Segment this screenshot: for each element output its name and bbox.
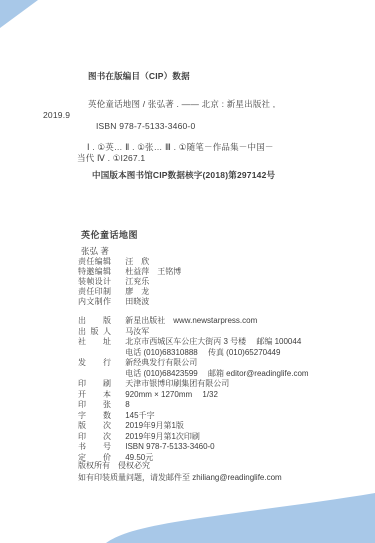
publishing-value: 北京市西城区车公庄大街丙 3 号楼 邮编 100044	[125, 337, 301, 348]
credit-value: 田晓波	[125, 297, 149, 307]
credit-value: 汪 欣	[125, 257, 149, 267]
publishing-label: 出版人	[78, 327, 111, 338]
publishing-row: 社址 北京市西城区车公庄大街丙 3 号楼 邮编 100044	[78, 337, 309, 348]
colophon-page: 图书在版编目（CIP）数据 英伦童话地图 / 张弘著 . —— 北京 : 新星出…	[0, 0, 375, 543]
publishing-label: 印次	[78, 432, 111, 443]
publishing-value: 8	[125, 400, 129, 411]
cip-heading: 图书在版编目（CIP）数据	[88, 71, 190, 81]
quality-contact-line: 如有印装质量问题，请发邮件至 zhiliang@readinglife.com	[78, 472, 282, 484]
publishing-value: 电话 (010)68310888 传真 (010)65270449	[125, 348, 280, 359]
credit-row: 装帧设计 江兖乐	[78, 277, 181, 287]
publishing-row: 版次 2019年9月第1版	[78, 421, 309, 432]
publishing-value: 920mm × 1270mm 1/32	[125, 390, 218, 401]
credit-value: 杜益萍 王铭博	[125, 267, 181, 277]
cip-title-line: 英伦童话地图 / 张弘著 . —— 北京 : 新星出版社 ,	[88, 99, 275, 109]
publishing-value: 马汝军	[125, 327, 149, 338]
credit-value: 廖 龙	[125, 287, 149, 297]
publishing-label: 社址	[78, 337, 111, 348]
publishing-label: 字数	[78, 411, 111, 422]
publishing-label: 发行	[78, 358, 111, 369]
credit-row: 特邀编辑 杜益萍 王铭博	[78, 267, 181, 277]
publishing-value: 新经典发行有限公司	[125, 358, 197, 369]
credit-label: 责任印制	[78, 287, 111, 297]
cip-classification-line: Ⅰ . ①英… Ⅱ . ①张… Ⅲ . ①随笔－作品集－中国－	[87, 142, 274, 152]
credit-label: 内文制作	[78, 297, 111, 307]
publishing-value: ISBN 978-7-5133-3460-0	[125, 442, 214, 453]
publishing-label: 出版	[78, 316, 111, 327]
publishing-label: 书号	[78, 442, 111, 453]
credit-label: 责任编辑	[78, 257, 111, 267]
cip-record-number: 中国版本图书馆CIP数据核字(2018)第297142号	[92, 170, 275, 180]
wave-decoration	[106, 493, 375, 543]
credit-label: 特邀编辑	[78, 267, 111, 277]
credits-block: 责任编辑 汪 欣 特邀编辑 杜益萍 王铭博 装帧设计 江兖乐 责任印制 廖 龙 …	[78, 257, 181, 307]
publishing-row: 印张 8	[78, 400, 309, 411]
publishing-value: 新星出版社 www.newstarpress.com	[125, 316, 257, 327]
credit-row: 责任印制 廖 龙	[78, 287, 181, 297]
publishing-label: 印张	[78, 400, 111, 411]
publishing-row: 书号 ISBN 978-7-5133-3460-0	[78, 442, 309, 453]
book-title-block: 英伦童话地图 张弘 著	[81, 228, 138, 257]
publishing-value: 2019年9月第1版	[125, 421, 184, 432]
publishing-block: 出版 新星出版社 www.newstarpress.com 出版人 马汝军 社址…	[78, 316, 309, 463]
publishing-row: 出版 新星出版社 www.newstarpress.com	[78, 316, 309, 327]
publishing-label: 版次	[78, 421, 111, 432]
credit-row: 责任编辑 汪 欣	[78, 257, 181, 267]
publishing-value: 2019年9月第1次印刷	[125, 432, 200, 443]
corner-triangle-decoration	[0, 0, 38, 28]
cip-title-line-continuation: 2019.9	[43, 110, 70, 120]
credit-value: 江兖乐	[125, 277, 149, 287]
cip-classification-continuation: 当代 Ⅳ . ①I267.1	[77, 153, 145, 163]
publishing-row: 开本 920mm × 1270mm 1/32	[78, 390, 309, 401]
publishing-row: 出版人 马汝军	[78, 327, 309, 338]
publishing-value: 145千字	[125, 411, 154, 422]
credit-row: 内文制作 田晓波	[78, 297, 181, 307]
publishing-row: 印刷 天津市银博印刷集团有限公司	[78, 379, 309, 390]
publishing-label: 开本	[78, 390, 111, 401]
publishing-row: 电话 (010)68310888 传真 (010)65270449	[78, 348, 309, 359]
book-title: 英伦童话地图	[81, 228, 138, 241]
publishing-row: 字数 145千字	[78, 411, 309, 422]
publishing-row: 电话 (010)68423599 邮箱 editor@readinglife.c…	[78, 369, 309, 380]
publishing-label: 印刷	[78, 379, 111, 390]
publishing-value: 天津市银博印刷集团有限公司	[125, 379, 229, 390]
copyright-block: 版权所有 侵权必究 如有印装质量问题，请发邮件至 zhiliang@readin…	[78, 460, 282, 483]
cip-isbn-line: ISBN 978-7-5133-3460-0	[96, 121, 195, 131]
book-author: 张弘 著	[81, 245, 138, 257]
publishing-value: 电话 (010)68423599 邮箱 editor@readinglife.c…	[125, 369, 308, 380]
copyright-notice: 版权所有 侵权必究	[78, 460, 282, 472]
credit-label: 装帧设计	[78, 277, 111, 287]
publishing-row: 发行 新经典发行有限公司	[78, 358, 309, 369]
publishing-row: 印次 2019年9月第1次印刷	[78, 432, 309, 443]
